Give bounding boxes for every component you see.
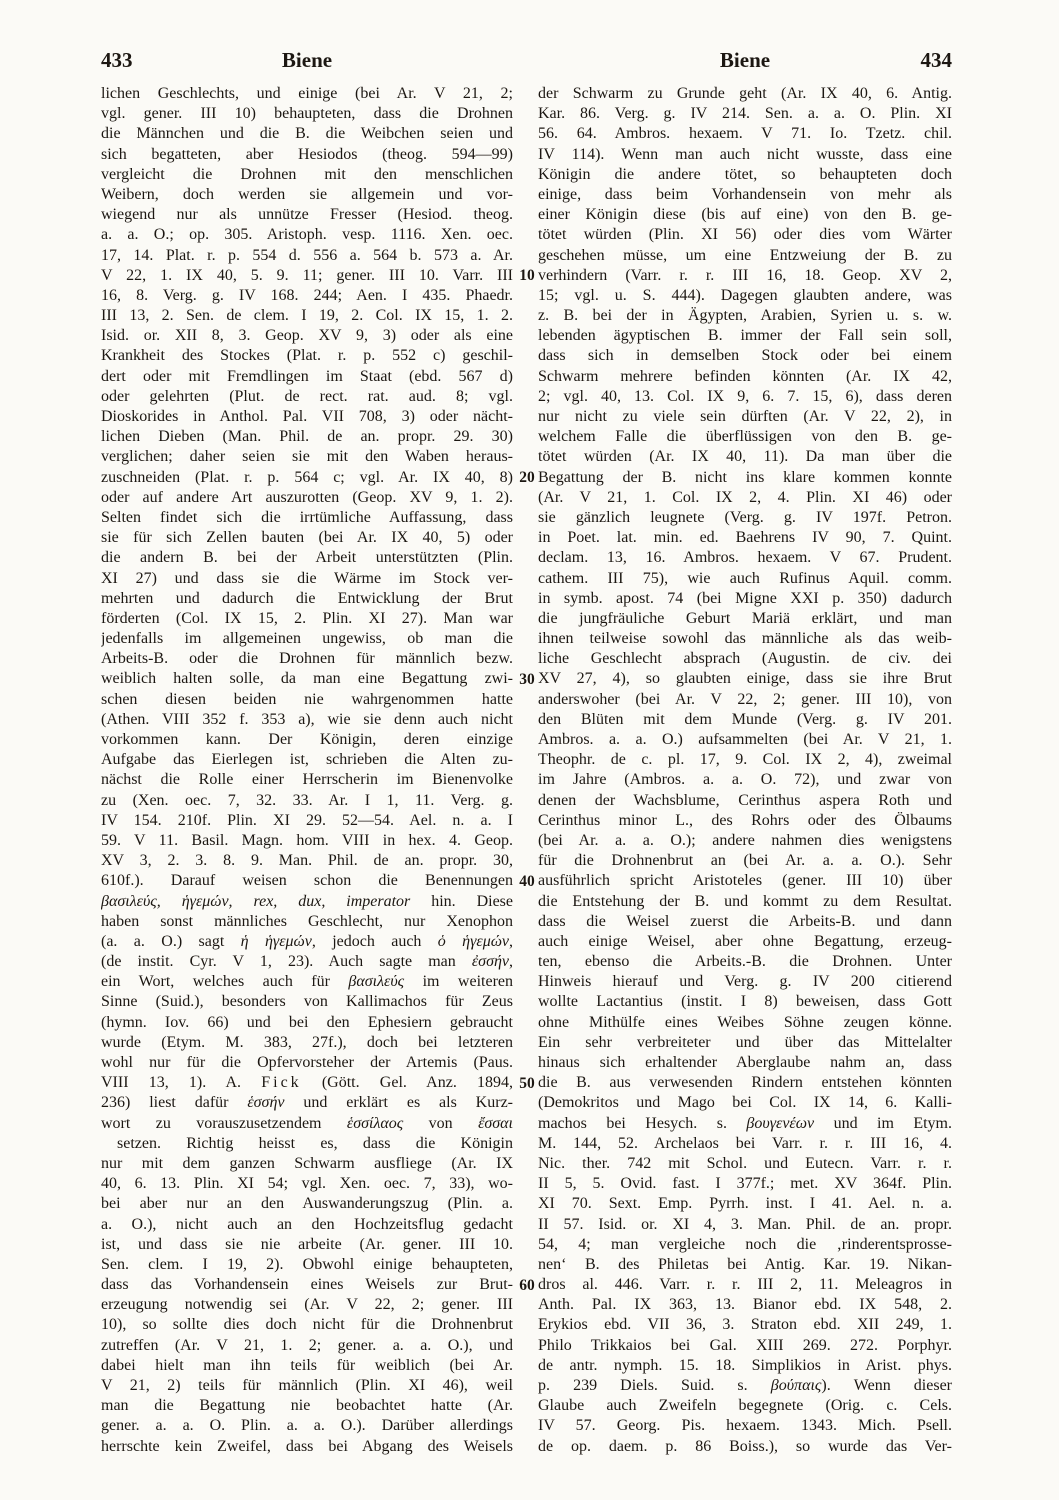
text-line: (de instit. Cyr. V 1, 23). Auch sagte ma… bbox=[101, 952, 513, 972]
text-line: 610f.). Darauf weisen schon die Benennun… bbox=[101, 871, 513, 891]
text-line: tötet würden (Ar. IX 40, 11). Da man übe… bbox=[538, 447, 952, 467]
text-line: die Entstehung der B. und kommt zu dem R… bbox=[538, 892, 952, 912]
text-line: z. B. bei der in Ägypten, Arabien, Syrie… bbox=[538, 306, 952, 326]
text-line: Dioskorides in Anthol. Pal. VII 708, 3) … bbox=[101, 407, 513, 427]
text-line: p. 239 Diels. Suid. s. βούπαις). Wenn di… bbox=[538, 1376, 952, 1396]
text-line: declam. 13, 16. Ambros. hexaem. V 67. Pr… bbox=[538, 548, 952, 568]
text-line: mehrten und dadurch die Entwicklung der … bbox=[101, 589, 513, 609]
text-line: (Demokritos und Mago bei Col. IX 14, 6. … bbox=[538, 1093, 952, 1113]
text-line: wort zu vorauszusetzendem ἑσσίλαος von ἔ… bbox=[101, 1114, 513, 1134]
text-line: lichen Geschlechts, und einige (bei Ar. … bbox=[101, 84, 513, 104]
text-line: lichen Dieben (Man. Phil. de an. propr. … bbox=[101, 427, 513, 447]
text-line: haben sonst männliches Geschlecht, nur X… bbox=[101, 912, 513, 932]
text-line: welchem Falle die überflüssigen von den … bbox=[538, 427, 952, 447]
text-line: anderswoher (bei Ar. V 22, 2; gener. III… bbox=[538, 690, 952, 710]
text-line: de op. daem. p. 86 Boiss.), so wurde das… bbox=[538, 1437, 952, 1457]
text-line: den Blüten mit dem Munde (Verg. g. IV 20… bbox=[538, 710, 952, 730]
text-line: III 13, 2. Sen. de clem. I 19, 2. Col. I… bbox=[101, 306, 513, 326]
text-line: zu (Xen. oec. 7, 32. 33. Ar. I 1, 11. Ve… bbox=[101, 791, 513, 811]
text-line: herrschte kein Zweifel, dass bei Abgang … bbox=[101, 1437, 513, 1457]
text-line: ohne Mithülfe eines Weibes Söhne zeugen … bbox=[538, 1013, 952, 1033]
running-title-left: Biene bbox=[101, 47, 513, 73]
text-line: ist, und dass sie nie arbeite (Ar. gener… bbox=[101, 1235, 513, 1255]
text-line: wohl nur für die Opfervorsteher der Arte… bbox=[101, 1053, 513, 1073]
text-line: einige, dass beim Vorhandensein von mehr… bbox=[538, 185, 952, 205]
left-column: lichen Geschlechts, und einige (bei Ar. … bbox=[101, 84, 513, 1457]
text-line: wiegend nur als unnütze Fresser (Hesiod.… bbox=[101, 205, 513, 225]
text-line: ten, ebenso die Arbeits.-B. die Drohnen.… bbox=[538, 952, 952, 972]
text-line: wurde (Etym. M. 383, 27f.), doch bei let… bbox=[101, 1033, 513, 1053]
text-line: dass sich in demselben Stock oder bei ei… bbox=[538, 346, 952, 366]
text-line: 236) liest dafür ἑσσήν und erklärt es al… bbox=[101, 1093, 513, 1113]
text-line: Hinweis hierauf und Verg. g. IV 200 citi… bbox=[538, 972, 952, 992]
text-line: nur nicht zu viele sein dürften (Ar. V 2… bbox=[538, 407, 952, 427]
text-line: Selten findet sich die irrtümliche Auffa… bbox=[101, 508, 513, 528]
text-line: man die Begattung nie beobachtet hatte (… bbox=[101, 1396, 513, 1416]
text-line: gener. a. a. O. Plin. a. a. O.). Darüber… bbox=[101, 1416, 513, 1436]
encyclopedia-page: 433 Biene Biene 434 lichen Geschlechts, … bbox=[0, 0, 1059, 1500]
text-line: einer Königin diese (bis auf eine) von d… bbox=[538, 205, 952, 225]
text-line: XI 70. Sext. Emp. Pyrrh. inst. I 41. Ael… bbox=[538, 1194, 952, 1214]
text-line: die B. aus verwesenden Rindern entstehen… bbox=[538, 1073, 952, 1093]
text-line: vorkommen kann. Der Königin, deren einzi… bbox=[101, 730, 513, 750]
text-line: ihnen teilweise sowohl das männliche als… bbox=[538, 629, 952, 649]
text-line: 56. 64. Ambros. hexaem. V 71. Io. Tzetz.… bbox=[538, 124, 952, 144]
gutter-line-number: 30 bbox=[514, 670, 540, 690]
text-line: Weibern, doch werden sie allgemein und v… bbox=[101, 185, 513, 205]
text-line: Theophr. de c. pl. 17, 9. Col. IX 2, 4),… bbox=[538, 750, 952, 770]
gutter-line-number: 10 bbox=[514, 266, 540, 286]
text-line: auch einige Weisel, aber ohne Begattung,… bbox=[538, 932, 952, 952]
text-line: nur mit dem ganzen Schwarm ausfliege (Ar… bbox=[101, 1154, 513, 1174]
text-line: ein Wort, welches auch für βασιλεύς im w… bbox=[101, 972, 513, 992]
text-line: bei aber nur an den Auswanderungszug (Pl… bbox=[101, 1194, 513, 1214]
text-line: Begattung der B. nicht ins klare kommen … bbox=[538, 468, 952, 488]
text-line: βασιλεύς, ἡγεμών, rex, dux, imperator hi… bbox=[101, 892, 513, 912]
text-line: Sen. clem. I 19, 2). Obwohl einige behau… bbox=[101, 1255, 513, 1275]
text-line: lebenden ägyptischen B. immer der Fall s… bbox=[538, 326, 952, 346]
text-line: für die Drohnenbrut an (bei Ar. a. a. O.… bbox=[538, 851, 952, 871]
text-line: die jungfräuliche Geburt Mariä erklärt, … bbox=[538, 609, 952, 629]
text-line: Erykios ebd. VII 36, 3. Straton ebd. XII… bbox=[538, 1315, 952, 1335]
text-line: (Ar. V 21, 1. Col. IX 2, 4. Plin. XI 46)… bbox=[538, 488, 952, 508]
text-line: hinaus sich erhaltender Aberglaube nahm … bbox=[538, 1053, 952, 1073]
text-line: sie gänzlich leugnete (Verg. g. IV 197f.… bbox=[538, 508, 952, 528]
text-line: a. a. O.; op. 305. Aristoph. vesp. 1116.… bbox=[101, 225, 513, 245]
text-line: Schwarm mehrere befinden könnten (Ar. IX… bbox=[538, 367, 952, 387]
text-line: in symb. apost. 74 (bei Migne XXI p. 350… bbox=[538, 589, 952, 609]
text-line: die Männchen und die B. die Weibchen sei… bbox=[101, 124, 513, 144]
text-line: Cerinthus minor L., des Rohrs oder des Ö… bbox=[538, 811, 952, 831]
text-line: 17, 14. Plat. r. p. 554 d. 556 a. 564 b.… bbox=[101, 246, 513, 266]
text-line: Königin die andere tötet, so behaupteten… bbox=[538, 165, 952, 185]
text-line: die andern B. bei der Arbeit unterstützt… bbox=[101, 548, 513, 568]
text-line: nächst die Rolle einer Herrscherin im Bi… bbox=[101, 770, 513, 790]
text-line: 10), so sollte dies doch nicht für die D… bbox=[101, 1315, 513, 1335]
text-line: dert oder mit Fremdlingen im Staat (ebd.… bbox=[101, 367, 513, 387]
text-line: XV 3, 2. 3. 8. 9. Man. Phil. de an. prop… bbox=[101, 851, 513, 871]
text-line: V 22, 1. IX 40, 5. 9. 11; gener. III 10.… bbox=[101, 266, 513, 286]
text-line: Sinne (Suid.), besonders von Kallimachos… bbox=[101, 992, 513, 1012]
gutter-line-number: 40 bbox=[514, 872, 540, 892]
text-line: Ein sehr verbreiteter und über das Mitte… bbox=[538, 1033, 952, 1053]
text-line: förderten (Col. IX 15, 2. Plin. XI 27). … bbox=[101, 609, 513, 629]
text-line: der Schwarm zu Grunde geht (Ar. IX 40, 6… bbox=[538, 84, 952, 104]
text-line: IV 114). Wenn man auch nicht wusste, das… bbox=[538, 145, 952, 165]
text-line: dass die Weisel zuerst die Arbeits-B. un… bbox=[538, 912, 952, 932]
right-column: der Schwarm zu Grunde geht (Ar. IX 40, 6… bbox=[538, 84, 952, 1457]
text-line: (hymn. Iov. 66) und bei den Ephesiern ge… bbox=[101, 1013, 513, 1033]
text-line: verglichen; daher seien sie mit den Wabe… bbox=[101, 447, 513, 467]
gutter-line-number: 60 bbox=[514, 1276, 540, 1296]
text-line: Isid. or. XII 8, 3. Geop. XV 9, 3) oder … bbox=[101, 326, 513, 346]
text-line: IV 57. Georg. Pis. hexaem. 1343. Mich. P… bbox=[538, 1416, 952, 1436]
text-line: Kar. 86. Verg. g. IV 214. Sen. a. a. O. … bbox=[538, 104, 952, 124]
text-line: Glaube auch Zweifeln begegnete (Orig. c.… bbox=[538, 1396, 952, 1416]
gutter-line-number: 50 bbox=[514, 1074, 540, 1094]
text-line: 54, 4; man vergleiche noch die ‚rinderen… bbox=[538, 1235, 952, 1255]
text-line: zuschneiden (Plat. r. p. 564 c; vgl. Ar.… bbox=[101, 468, 513, 488]
text-line: setzen. Richtig heisst es, dass die Köni… bbox=[101, 1134, 513, 1154]
text-line: machos bei Hesych. s. βουγενέων und im E… bbox=[538, 1114, 952, 1134]
text-line: schen diesen beiden nie wahrgenommen hat… bbox=[101, 690, 513, 710]
text-line: (Athen. VIII 352 f. 353 a), wie sie denn… bbox=[101, 710, 513, 730]
page-number-right: 434 bbox=[538, 47, 952, 73]
text-line: dass das Vorhandensein eines Weisels zur… bbox=[101, 1275, 513, 1295]
text-line: dabei hielt man ihn teils für weiblich (… bbox=[101, 1356, 513, 1376]
text-line: Ambros. a. a. O.) aufsammelten (bei Ar. … bbox=[538, 730, 952, 750]
text-line: V 21, 2) teils für männlich (Plin. XI 46… bbox=[101, 1376, 513, 1396]
text-line: II 57. Isid. or. XI 4, 3. Man. Phil. de … bbox=[538, 1215, 952, 1235]
text-line: sich begatteten, aber Hesiodos (theog. 5… bbox=[101, 145, 513, 165]
text-line: vgl. gener. III 10) behaupteten, dass di… bbox=[101, 104, 513, 124]
text-line: 59. V 11. Basil. Magn. hom. VIII in hex.… bbox=[101, 831, 513, 851]
text-line: XI 27) und dass sie die Wärme im Stock v… bbox=[101, 569, 513, 589]
text-line: VIII 13, 1). A. Fick (Gött. Gel. Anz. 18… bbox=[101, 1073, 513, 1093]
gutter-line-number: 20 bbox=[514, 468, 540, 488]
text-line: (bei Ar. a. a. O.); andere nahmen dies w… bbox=[538, 831, 952, 851]
text-line: oder gelehrten (Plut. de rect. rat. aud.… bbox=[101, 387, 513, 407]
text-line: II 5, 5. Ovid. fast. I 377f.; met. XV 36… bbox=[538, 1174, 952, 1194]
text-line: oder auf andere Art auszurotten (Geop. X… bbox=[101, 488, 513, 508]
text-line: jedenfalls im allgemeinen ungewiss, ob m… bbox=[101, 629, 513, 649]
text-line: 16, 8. Verg. g. IV 168. 244; Aen. I 435.… bbox=[101, 286, 513, 306]
text-line: in Poet. lat. min. ed. Baehrens IV 90, 7… bbox=[538, 528, 952, 548]
text-line: M. 144, 52. Archelaos bei Varr. r. r. II… bbox=[538, 1134, 952, 1154]
gutter: 102030405060 bbox=[514, 84, 540, 1458]
text-line: Anth. Pal. IX 363, 13. Bianor ebd. IX 54… bbox=[538, 1295, 952, 1315]
text-line: Krankheit des Stockes (Plat. r. p. 552 c… bbox=[101, 346, 513, 366]
text-line: 15; vgl. u. S. 444). Dagegen glaubten an… bbox=[538, 286, 952, 306]
text-line: 40, 6. 13. Plin. XI 54; vgl. Xen. oec. 7… bbox=[101, 1174, 513, 1194]
text-line: Nic. ther. 742 mit Schol. und Eutecn. Va… bbox=[538, 1154, 952, 1174]
text-line: (a. a. O.) sagt ἡ ἡγεμών, jedoch auch ὁ … bbox=[101, 932, 513, 952]
text-line: tötet würden (Plin. XI 56) oder dies vom… bbox=[538, 225, 952, 245]
text-line: Philo Trikkaios bei Gal. XIII 269. 272. … bbox=[538, 1336, 952, 1356]
text-line: erzeugung notwendig sei (Ar. V 22, 2; ge… bbox=[101, 1295, 513, 1315]
text-line: dros al. 446. Varr. r. r. III 2, 11. Mel… bbox=[538, 1275, 952, 1295]
text-line: vergleicht die Drohnen mit den menschlic… bbox=[101, 165, 513, 185]
text-line: 2; vgl. 40, 13. Col. IX 9, 6. 7. 15, 6),… bbox=[538, 387, 952, 407]
text-line: im Jahre (Ambros. a. a. O. 72), und zwar… bbox=[538, 770, 952, 790]
text-line: sie für sich Zellen bauten (bei Ar. IX 4… bbox=[101, 528, 513, 548]
text-line: de antr. nymph. 15. 18. Simplikios in Ar… bbox=[538, 1356, 952, 1376]
text-line: a. O.), nicht auch an den Hochzeitsflug … bbox=[101, 1215, 513, 1235]
text-line: weiblich halten solle, da man eine Begat… bbox=[101, 669, 513, 689]
text-line: liche Geschlecht absprach (Augustin. de … bbox=[538, 649, 952, 669]
text-line: IV 154. 210f. Plin. XI 29. 52—54. Ael. n… bbox=[101, 811, 513, 831]
text-line: wollte Lactantius (instit. I 8) beweisen… bbox=[538, 992, 952, 1012]
text-line: Arbeits-B. oder die Drohnen für männlich… bbox=[101, 649, 513, 669]
text-line: verhindern (Varr. r. r. III 16, 18. Geop… bbox=[538, 266, 952, 286]
text-line: denen der Wachsblume, Cerinthus aspera R… bbox=[538, 791, 952, 811]
text-line: nen‘ B. des Philetas bei Antig. Kar. 19.… bbox=[538, 1255, 952, 1275]
text-line: zutreffen (Ar. V 21, 1. 2; gener. a. a. … bbox=[101, 1336, 513, 1356]
text-line: XV 27, 4), so glaubten einige, dass sie … bbox=[538, 669, 952, 689]
text-line: geschehen müsse, um eine Entzweiung der … bbox=[538, 246, 952, 266]
text-line: ausführlich spricht Aristoteles (gener. … bbox=[538, 871, 952, 891]
text-line: cathem. III 75), wie auch Rufinus Aquil.… bbox=[538, 569, 952, 589]
text-line: Aufgabe das Eierlegen ist, schrieben die… bbox=[101, 750, 513, 770]
